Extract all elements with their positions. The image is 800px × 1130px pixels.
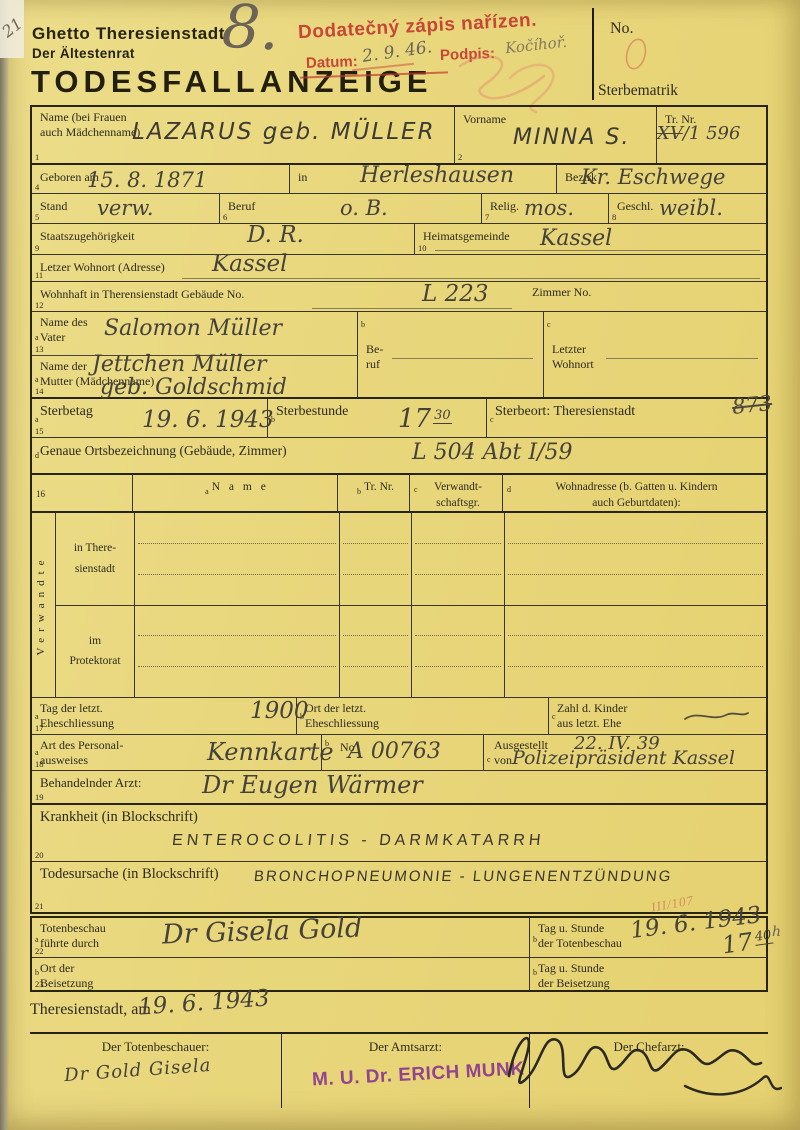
field-letter: a [35, 748, 39, 757]
ortsbezeichnung-value: L 504 Abt I/59 [412, 440, 573, 465]
staat-value: D. R. [247, 222, 304, 248]
totenbeschau-hour: 17 [720, 927, 754, 959]
geboren-am-value: 15. 8. 1871 [87, 168, 207, 192]
empty-row-line [415, 575, 501, 605]
empty-row-line [508, 636, 763, 667]
signature-section: Der Totenbeschauer: Dr Gold Gisela Der A… [30, 1032, 768, 1108]
staat-label: Staatszugehörigkeit [40, 229, 135, 244]
empty-row-line [415, 513, 501, 544]
main-form: Name (bei Frauen auch Mädchenname) 1 LAZ… [30, 105, 768, 914]
empty-row-line [138, 575, 336, 605]
totenbeschau-minutes: 40 [753, 928, 774, 946]
scanned-death-notice-document: 21 Ghetto Theresienstadt Der Ältestenrat… [0, 0, 800, 1130]
row-beisetzung: Ort der Beisetzung b 23 Tag u. Stunde de… [32, 958, 766, 990]
form-title: TODESFALLANZEIGE [31, 64, 433, 100]
ausgestellt-von-label: von [494, 753, 512, 768]
zimmer-label: Zimmer No. [532, 285, 591, 300]
ehe-tag-cell: Tag der letzt. Eheschliessung a 17 1900 [32, 698, 297, 734]
bezirk-cell: Bezirk Kr. Eschwege [557, 165, 766, 193]
empty-row-line [343, 575, 408, 605]
empty-row-line [508, 575, 763, 605]
col-wohnadresse-text: Wohnadresse (b. Gatten u. Kindern auch G… [511, 480, 762, 511]
row-totenbeschau: Totenbeschau führte durch a 22 Dr Gisela… [32, 918, 766, 958]
krankheit-cell: Krankheit (in Blockschrift) 20 ENTEROCOL… [32, 805, 766, 861]
scan-left-edge [0, 0, 9, 1130]
section-protektorat: im Protektorat [56, 606, 766, 698]
row-gebaeude: Wohnhaft in Therensienstadt Gebäude No. … [32, 282, 766, 312]
ausgestellt-von-value: Polizeipräsident Kassel [512, 747, 735, 769]
vorname-value: MINNA S. [513, 125, 630, 150]
ausweis-no-cell: No b A 00763 [322, 735, 484, 770]
todesursache-cell: Todesursache (in Blockschrift) 21 BRONCH… [32, 862, 766, 912]
empty-wohnadresse-column [505, 513, 766, 605]
empty-row-line [415, 606, 501, 637]
mutter-cell: Name der Mutter (Mädchenname) a 14 Jettc… [32, 356, 357, 397]
sterbetag-value: 19. 6. 1943 [142, 407, 274, 433]
stamp-datum-label: Datum: [306, 53, 358, 72]
field-letter: c [547, 320, 551, 329]
empty-trnr-column [340, 606, 412, 698]
field-number: 14 [35, 386, 44, 396]
vater-label: Name des Vater [40, 315, 88, 344]
sterbestunde-cell: Sterbestunde b 1730 [268, 399, 487, 437]
empty-row-line [508, 606, 763, 637]
arzt-cell: Behandelnder Arzt: 19 Dr Eugen Wärmer [32, 771, 766, 803]
vorname-cell: Vorname 2 MINNA S. [455, 107, 657, 163]
field-letter: b [533, 968, 537, 977]
section-theresienstadt-label: in There- sienstadt [56, 513, 135, 605]
sterbetag-cell: Sterbetag a 15 19. 6. 1943 [32, 399, 268, 437]
field-number: 19 [35, 792, 44, 802]
sterbeort-label: Sterbeort: Theresienstadt [495, 403, 635, 420]
row-arzt: Behandelnder Arzt: 19 Dr Eugen Wärmer [32, 771, 766, 805]
beisetzung-zeit-label: Tag u. Stunde der Beisetzung [538, 961, 610, 990]
eltern-beruf-cell: b Be- ruf [358, 312, 544, 397]
verwandte-vertical-cell: Verwandte [32, 513, 56, 697]
col-trnr-header: bTr. Nr. [338, 475, 410, 511]
row-krankheit: Krankheit (in Blockschrift) 20 ENTEROCOL… [32, 805, 766, 862]
field-letter: c [487, 755, 491, 764]
beisetzung-zeit-cell: Tag u. Stunde der Beisetzung b [530, 958, 766, 990]
empty-row-line [415, 636, 501, 667]
geschl-value: weibl. [659, 196, 723, 220]
field-letter: c [490, 415, 494, 424]
letzter-wohnort-label: Letzer Wohnort (Adresse) [40, 260, 165, 275]
header-vertical-divider [592, 8, 594, 100]
arzt-label: Behandelnder Arzt: [40, 775, 141, 791]
empty-verwandtschaft-column [412, 513, 505, 605]
empty-row-line [138, 606, 336, 637]
gebaeude-value: L 223 [422, 281, 488, 307]
field-letter: d [35, 451, 39, 460]
table-number-cell: 16 [32, 475, 133, 511]
pencil-mark-h: h [772, 924, 781, 940]
bezirk-value: Kr. Eschwege [581, 165, 725, 189]
field-letter: c [552, 712, 556, 721]
beisetzung-ort-label: Ort der Beisetzung [40, 961, 93, 990]
ehe-tag-label: Tag der letzt. Eheschliessung [40, 701, 114, 730]
geboren-in-label: in [298, 170, 307, 185]
relig-value: mos. [524, 196, 574, 220]
field-number: 13 [35, 344, 44, 354]
sterbestunde-hour: 17 [398, 404, 431, 434]
sterbestunde-label: Sterbestunde [276, 403, 348, 420]
field-number: 23 [35, 979, 44, 989]
totenbeschauer-signature: Dr Gold Gisela [63, 1055, 212, 1086]
relatives-sections: in There- sienstadt im Protektorat [56, 513, 766, 697]
geboren-in-value: Herleshausen [360, 163, 514, 188]
row-name: Name (bei Frauen auch Mädchenname) 1 LAZ… [32, 107, 766, 165]
totenbeschau-label: Totenbeschau führte durch [40, 921, 106, 950]
totenbeschauer-signature-cell: Der Totenbeschauer: Dr Gold Gisela [30, 1034, 282, 1108]
amtsarzt-label: Der Amtsarzt: [282, 1039, 529, 1055]
col-letter: a [205, 487, 209, 496]
name-label: Name (bei Frauen auch Mädchenname) [40, 110, 140, 139]
field-number: 10 [418, 243, 427, 253]
vorname-label: Vorname [463, 112, 506, 127]
empty-row-line [343, 667, 408, 697]
section-protektorat-label: im Protektorat [56, 606, 135, 698]
eltern-wohnort-cell: c Letzter Wohnort [544, 312, 766, 397]
relatives-table-header: 16 aN a m e bTr. Nr. c Verwandt- schafts… [32, 475, 766, 513]
field-letter: a [35, 935, 39, 944]
row-letzter-wohnort: Letzer Wohnort (Adresse) 11 Kassel [32, 255, 766, 282]
col-letter: b [357, 487, 361, 496]
empty-row-line [343, 544, 408, 575]
gebaeude-cell: Wohnhaft in Therensienstadt Gebäude No. … [32, 282, 766, 311]
chefarzt-signature-cell: Der Chefarzt: [530, 1034, 768, 1108]
tr-nr-value: XV/1 596 [657, 123, 740, 144]
ortsbezeichnung-cell: Genaue Ortsbezeichnung (Gebäude, Zimmer)… [32, 438, 766, 473]
tr-nr-cell: Tr. Nr. XV/1 596 [657, 107, 766, 163]
name-value: LAZARUS geb. MÜLLER [132, 119, 436, 145]
field-number: 7 [485, 212, 489, 222]
ausweis-art-cell: Art des Personal- ausweises a 18 Kennkar… [32, 735, 322, 770]
letzter-wohnort-value: Kassel [212, 251, 287, 277]
beruf-cell: Beruf 6 o. B. [220, 194, 482, 223]
field-number: 2 [458, 152, 462, 162]
field-letter: a [35, 375, 39, 384]
beruf-value: o. B. [340, 196, 388, 220]
empty-row-line [138, 636, 336, 667]
row-staat: Staatszugehörigkeit 9 D. R. Heimatsgemei… [32, 224, 766, 255]
place-date-label: Theresienstadt, am [30, 1001, 151, 1019]
org-subtitle: Der Ältestenrat [32, 46, 135, 61]
col-trnr-text: Tr. Nr. [364, 481, 394, 493]
verwandte-vertical-label: Verwandte [35, 554, 47, 655]
write-line [606, 358, 758, 359]
sterbematrik-label: Sterbematrik [598, 82, 678, 100]
relig-cell: Relig. 7 mos. [482, 194, 609, 223]
ausweis-art-label: Art des Personal- ausweises [40, 738, 123, 767]
ortsbezeichnung-label: Genaue Ortsbezeichnung (Gebäude, Zimmer) [40, 443, 287, 459]
empty-row-line [508, 544, 763, 575]
geschl-cell: Geschl. 8 weibl. [609, 194, 766, 223]
krankheit-label: Krankheit (in Blockschrift) [40, 809, 198, 827]
stand-cell: Stand 5 verw. [32, 194, 220, 223]
field-letter: b [533, 935, 537, 944]
mutter-value: Jettchen Müller [92, 352, 267, 377]
field-number: 6 [223, 212, 227, 222]
empty-trnr-column [340, 513, 412, 605]
empty-row-line [415, 667, 501, 697]
empty-row-line [343, 636, 408, 667]
row-ortsbezeichnung: Genaue Ortsbezeichnung (Gebäude, Zimmer)… [32, 438, 766, 475]
row-geboren: Geboren am 4 15. 8. 1871 in Herleshausen… [32, 165, 766, 194]
totenbeschau-cell: Totenbeschau führte durch a 22 Dr Gisela… [32, 918, 530, 957]
stamp-datum-value: 2. 9. 46. [361, 37, 433, 67]
empty-row-line [415, 544, 501, 575]
krankheit-value: ENTEROCOLITIS - DARMKATARRH [171, 832, 545, 850]
col-name-header: aN a m e [133, 475, 338, 511]
field-number: 17 [35, 723, 44, 733]
vater-cell: Name des Vater a 13 Salomon Müller [32, 312, 357, 356]
field-number: 22 [35, 946, 44, 956]
field-number: 1 [35, 152, 39, 162]
tr-nr-number: /1 596 [683, 123, 741, 144]
mutter-value-2: geb. Goldschmid [100, 375, 287, 400]
eltern-namen-cell: Name des Vater a 13 Salomon Müller Name … [32, 312, 358, 397]
write-line [182, 278, 760, 279]
empty-row-line [508, 513, 763, 544]
ausweis-art-value: Kennkarte [207, 738, 334, 766]
field-letter: a [35, 333, 39, 342]
field-number: 11 [35, 270, 43, 280]
letzter-wohnort-cell: Letzer Wohnort (Adresse) 11 Kassel [32, 255, 766, 281]
col-name-label: aN a m e [141, 480, 333, 496]
sterbestunde-minutes: 30 [433, 408, 452, 424]
staat-cell: Staatszugehörigkeit 9 D. R. [32, 224, 415, 254]
totenbeschauer-label: Der Totenbeschauer: [30, 1039, 281, 1055]
sterbestunde-value: 1730 [398, 404, 452, 434]
heimatsgemeinde-cell: Heimatsgemeinde 10 Kassel [415, 224, 766, 254]
vater-value: Salomon Müller [104, 316, 282, 341]
heimatsgemeinde-label: Heimatsgemeinde [423, 229, 510, 244]
empty-row-line [138, 544, 336, 575]
empty-row-line [138, 667, 336, 697]
table-number: 16 [36, 489, 45, 499]
chefarzt-signature [495, 1006, 795, 1116]
totenbeschau-zeit-label: Tag u. Stunde der Totenbeschau [538, 921, 622, 950]
beisetzung-ort-cell: Ort der Beisetzung b 23 [32, 958, 530, 990]
field-number: 5 [35, 212, 39, 222]
row-eltern: Name des Vater a 13 Salomon Müller Name … [32, 312, 766, 399]
ehe-ort-label: Ort der letzt. Eheschliessung [305, 701, 379, 730]
field-letter: a [35, 415, 39, 424]
ausgestellt-cell: Ausgestellt c 22. IV. 39 von Polizeipräs… [484, 735, 766, 770]
col-wohnadresse-header: d Wohnadresse (b. Gatten u. Kindern auch… [503, 475, 766, 511]
sterbetag-label: Sterbetag [40, 403, 93, 420]
geschl-label: Geschl. [617, 199, 653, 214]
stand-value: verw. [97, 196, 154, 220]
kinder-label: Zahl d. Kinder aus letzt. Ehe [557, 701, 627, 730]
totenbeschau-zeit-cell: Tag u. Stunde der Totenbeschau b 19. 6. … [530, 918, 766, 957]
field-letter: b [35, 968, 39, 977]
field-letter: b [361, 320, 365, 329]
field-number: 20 [35, 850, 44, 860]
field-number: 9 [35, 243, 39, 253]
row-stand: Stand 5 verw. Beruf 6 o. B. Relig. 7 mos… [32, 194, 766, 224]
row-todesursache: Todesursache (in Blockschrift) 21 BRONCH… [32, 862, 766, 912]
sterbeort-pencil-mark: 873 [731, 391, 773, 419]
tr-nr-struck: XV [657, 123, 683, 144]
field-number: 4 [35, 182, 39, 192]
write-line [312, 308, 512, 309]
todesursache-label: Todesursache (in Blockschrift) [40, 866, 219, 884]
field-number: 8 [612, 212, 616, 222]
gebaeude-label: Wohnhaft in Therensienstadt Gebäude No. [40, 287, 244, 302]
geboren-in-cell: in Herleshausen [290, 165, 557, 193]
field-number: 12 [35, 300, 44, 310]
col-letter: c [414, 485, 418, 494]
col-verwandtschaft-text: Verwandt- schaftsgr. [418, 480, 498, 511]
empty-wohnadresse-column [505, 606, 766, 698]
field-number: 18 [35, 759, 44, 769]
col-name-text: N a m e [212, 481, 269, 493]
empty-row-line [508, 667, 763, 697]
beruf-label: Beruf [228, 199, 255, 214]
pencil-number-8: 8. [220, 0, 280, 59]
org-name: Ghetto Theresienstadt [32, 24, 225, 44]
field-letter: a [35, 712, 39, 721]
empty-row-line [343, 606, 408, 637]
empty-row-line [138, 513, 336, 544]
kinder-dash-mark [682, 708, 752, 726]
totenbeschau-value: Dr Gisela Gold [162, 913, 363, 951]
ehe-tag-value: 1900 [250, 698, 309, 724]
row-sterbetag: Sterbetag a 15 19. 6. 1943 Sterbestunde … [32, 399, 766, 438]
relig-label: Relig. [490, 199, 519, 214]
amtsarzt-name-stamp: M. U. Dr. ERICH MUNK [312, 1058, 526, 1091]
name-cell: Name (bei Frauen auch Mädchenname) 1 LAZ… [32, 107, 455, 163]
col-trnr-label: bTr. Nr. [346, 480, 405, 496]
todesursache-value: BRONCHOPNEUMONIE - LUNGENENTZÜNDUNG [253, 868, 673, 885]
relatives-table-body: Verwandte in There- sienstadt im Protekt… [32, 513, 766, 698]
eltern-beruf-label: Be- ruf [366, 342, 383, 371]
empty-name-column [135, 513, 340, 605]
col-verwandtschaft-header: c Verwandt- schaftsgr. [410, 475, 503, 511]
stand-label: Stand [40, 199, 67, 214]
ehe-ort-cell: Ort der letzt. Eheschliessung b [297, 698, 549, 734]
amtsarzt-signature-cell: Der Amtsarzt: M. U. Dr. ERICH MUNK [282, 1034, 530, 1108]
geboren-am-cell: Geboren am 4 15. 8. 1871 [32, 165, 290, 193]
ausweis-no-value: A 00763 [348, 739, 441, 764]
arzt-value: Dr Eugen Wärmer [202, 771, 423, 799]
empty-name-column [135, 606, 340, 698]
field-number: 21 [35, 901, 44, 911]
row-ausweis: Art des Personal- ausweises a 18 Kennkar… [32, 735, 766, 771]
kinder-cell: Zahl d. Kinder aus letzt. Ehe c [549, 698, 766, 734]
col-letter: d [507, 485, 511, 494]
empty-verwandtschaft-column [412, 606, 505, 698]
heimatsgemeinde-value: Kassel [540, 226, 612, 251]
totenbeschau-form: Totenbeschau führte durch a 22 Dr Gisela… [30, 916, 768, 992]
empty-row-line [343, 513, 408, 544]
totenbeschau-stunde-value: 1740 [720, 925, 774, 960]
write-line [392, 358, 533, 359]
sterbeort-cell: Sterbeort: Theresienstadt c 873 [487, 399, 766, 437]
field-number: 15 [35, 426, 44, 436]
row-eheschliessung: Tag der letzt. Eheschliessung a 17 1900 … [32, 698, 766, 735]
eltern-wohnort-label: Letzter Wohnort [552, 342, 594, 371]
section-theresienstadt: in There- sienstadt [56, 513, 766, 606]
faint-red-zero-mark [618, 32, 658, 77]
